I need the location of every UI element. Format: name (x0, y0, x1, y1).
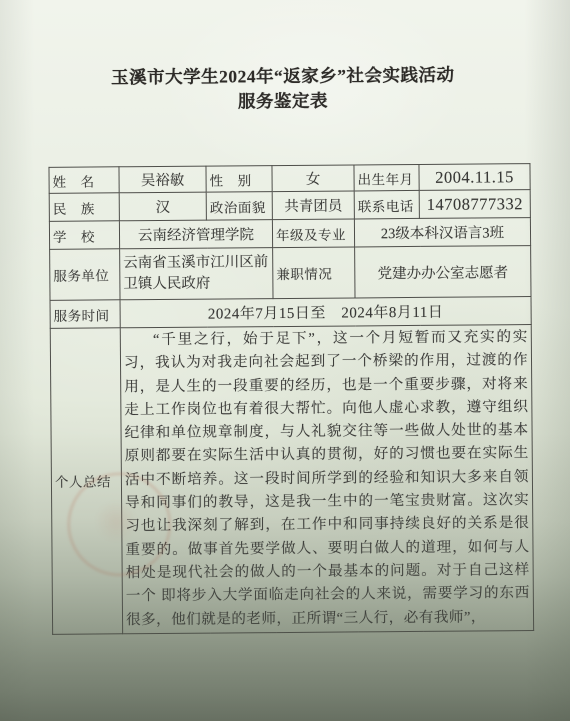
appraisal-table: 姓 名 吴裕敏 性 别 女 出生年月 2004.11.15 民 族 汉 政治面貌… (48, 163, 534, 635)
personal-summary-text: “千里之行，始于足下”，这一个月短暂而又充实的实习，我认为对我走向社会起到了一个… (124, 326, 530, 632)
field-name-value: 吴裕敏 (119, 166, 206, 193)
table-row: 服务单位 云南省玉溪市江川区前卫镇人民政府 兼职情况 党建办办公室志愿者 (50, 246, 531, 301)
field-period-label: 服务时间 (50, 300, 120, 329)
field-gender-value: 女 (272, 165, 354, 192)
paper-sheet: 玉溪市大学生2024年“返家乡”社会实践活动 服务鉴定表 姓 名 吴裕敏 性 别… (0, 0, 570, 721)
field-political-value: 共青团员 (272, 191, 354, 220)
field-grade-label: 年级及专业 (272, 219, 354, 248)
table-row: 个人总结 “千里之行，始于足下”，这一个月短暂而又充实的实习，我认为对我走向社会… (50, 325, 533, 635)
field-phone-label: 联系电话 (354, 190, 419, 219)
field-birth-label: 出生年月 (354, 164, 419, 191)
field-unit-value: 云南省玉溪市江川区前卫镇人民政府 (120, 248, 273, 300)
form-title: 玉溪市大学生2024年“返家乡”社会实践活动 服务鉴定表 (0, 62, 568, 116)
form-title-line2: 服务鉴定表 (0, 87, 568, 116)
field-period-value: 2024年7月15日至 2024年8月11日 (120, 297, 531, 328)
field-gender-label: 性 别 (206, 166, 272, 193)
field-school-label: 学 校 (49, 221, 119, 250)
field-ethnicity-label: 民 族 (49, 193, 119, 222)
table-row: 学 校 云南经济管理学院 年级及专业 23级本科汉语言3班 (49, 218, 530, 250)
field-summary-cell: “千里之行，始于足下”，这一个月短暂而又充实的实习，我认为对我走向社会起到了一个… (120, 325, 533, 634)
field-school-value: 云南经济管理学院 (119, 220, 272, 249)
table-row: 服务时间 2024年7月15日至 2024年8月11日 (50, 297, 531, 329)
field-summary-label: 个人总结 (50, 328, 122, 634)
field-unit-label: 服务单位 (50, 249, 120, 301)
field-parttime-value: 党建办办公室志愿者 (355, 246, 531, 298)
photo-background: 玉溪市大学生2024年“返家乡”社会实践活动 服务鉴定表 姓 名 吴裕敏 性 别… (0, 0, 570, 721)
field-political-label: 政治面貌 (206, 192, 272, 221)
table-row: 民 族 汉 政治面貌 共青团员 联系电话 14708777332 (49, 190, 530, 222)
table-row: 姓 名 吴裕敏 性 别 女 出生年月 2004.11.15 (49, 164, 530, 194)
field-phone-value: 14708777332 (419, 190, 530, 219)
field-ethnicity-value: 汉 (119, 192, 206, 221)
field-grade-value: 23级本科汉语言3班 (354, 218, 530, 247)
field-birth-value: 2004.11.15 (419, 164, 530, 191)
field-name-label: 姓 名 (49, 167, 119, 194)
field-parttime-label: 兼职情况 (273, 247, 355, 299)
